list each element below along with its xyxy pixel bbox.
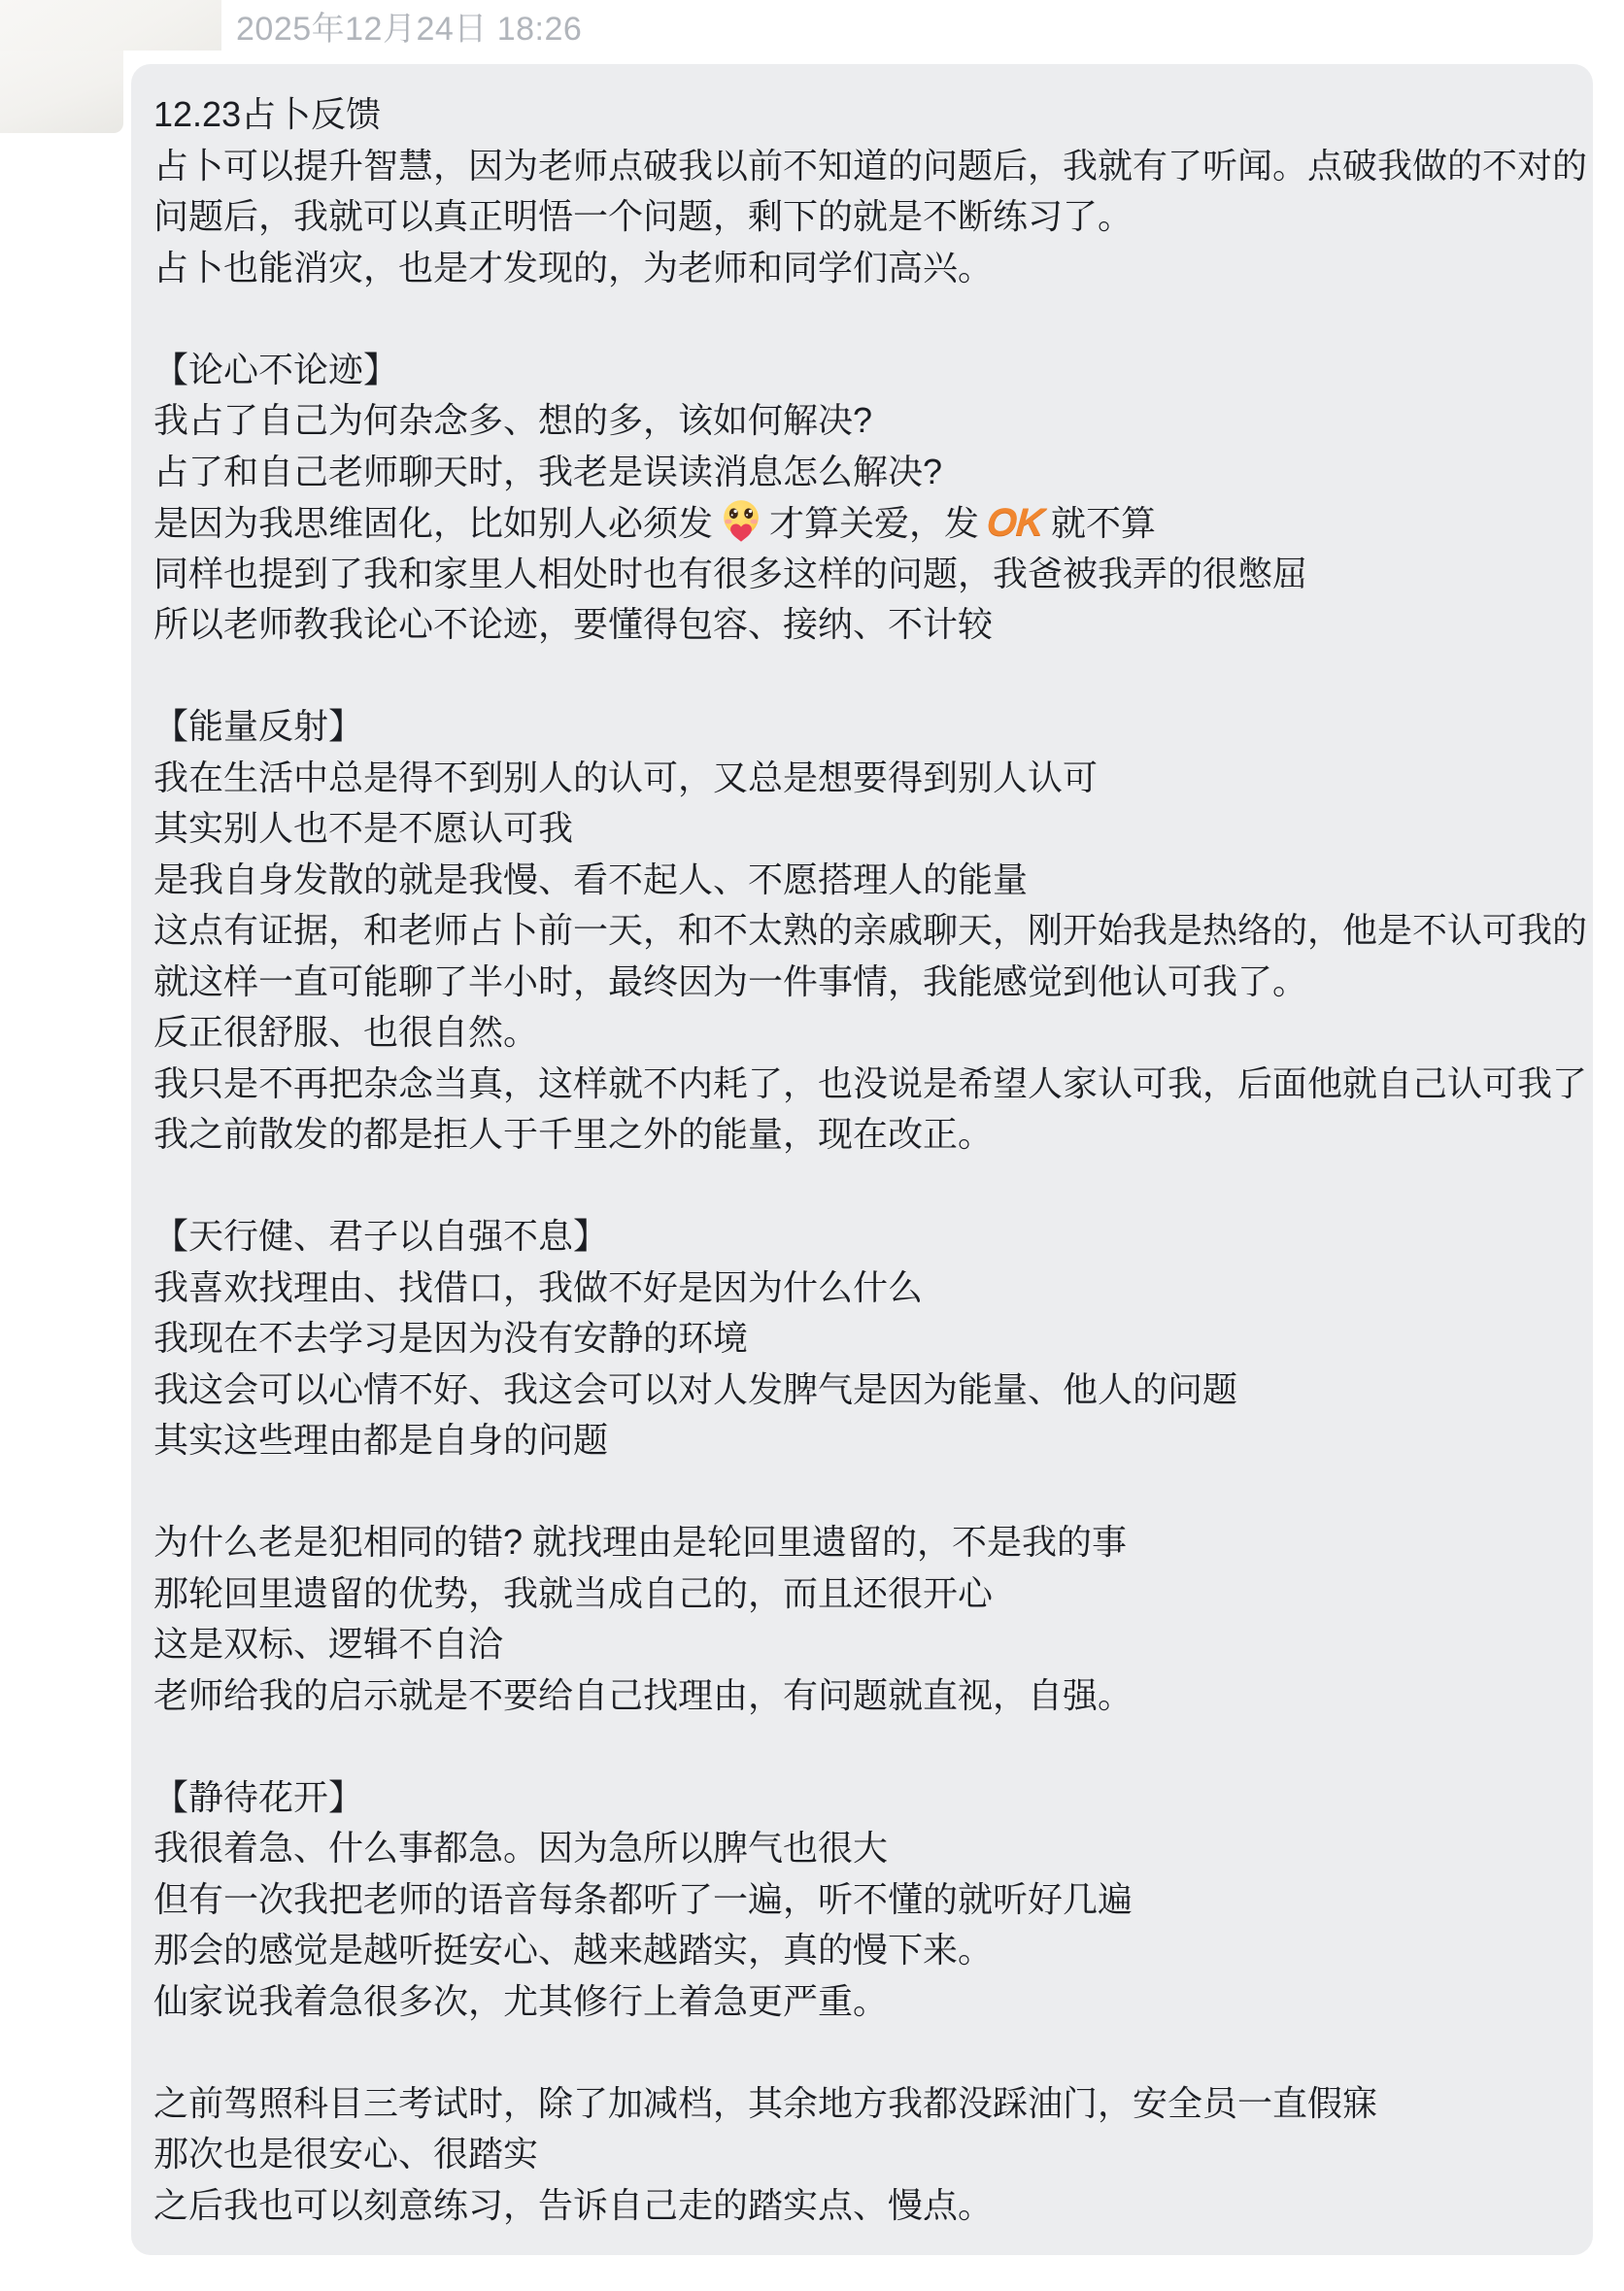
message-line — [153, 1466, 1575, 1518]
message-line: 那次也是很安心、很踏实 — [153, 2129, 1575, 2180]
message-line: 其实别人也不是不愿认可我 — [153, 803, 1575, 855]
ok-emoji: OK — [985, 497, 1045, 549]
message-line: 之后我也可以刻意练习，告诉自己走的踏实点、慢点。 — [153, 2180, 1575, 2232]
message-line: 我占了自己为何杂念多、想的多，该如何解决? — [153, 395, 1575, 447]
message-bubble[interactable]: 12.23占卜反馈占卜可以提升智慧，因为老师点破我以前不知道的问题后，我就有了听… — [131, 64, 1593, 2255]
message-line: 是因为我思维固化，比如别人必须发才算关爱，发OK就不算 — [153, 497, 1575, 549]
face-holding-heart-emoji — [719, 499, 763, 544]
message-line: 那会的感觉是越听挺安心、越来越踏实，真的慢下来。 — [153, 1925, 1575, 1976]
message-line: 我很着急、什么事都急。因为急所以脾气也很大 — [153, 1823, 1575, 1874]
message-line: 我现在不去学习是因为没有安静的环境 — [153, 1313, 1575, 1364]
message-line: 我在生活中总是得不到别人的认可，又总是想要得到别人认可 — [153, 753, 1575, 804]
message-line: 老师给我的启示就是不要给自己找理由，有问题就直视，自强。 — [153, 1670, 1575, 1722]
message-line — [153, 293, 1575, 345]
message-line: 12.23占卜反馈 — [153, 89, 1575, 141]
message-line: 但有一次我把老师的语音每条都听了一遍，听不懂的就听好几遍 — [153, 1874, 1575, 1926]
message-line — [153, 651, 1575, 702]
message-line — [153, 2027, 1575, 2078]
message-line — [153, 1161, 1575, 1212]
message-text: 12.23占卜反馈占卜可以提升智慧，因为老师点破我以前不知道的问题后，我就有了听… — [153, 89, 1575, 2231]
message-line: 我喜欢找理由、找借口，我做不好是因为什么什么 — [153, 1263, 1575, 1314]
message-line: 我只是不再把杂念当真，这样就不内耗了，也没说是希望人家认可我，后面他就自己认可我… — [153, 1059, 1575, 1110]
message-line: 仙家说我着急很多次，尤其修行上着急更严重。 — [153, 1976, 1575, 2028]
message-line: 【静待花开】 — [153, 1772, 1575, 1824]
message-line: 占卜可以提升智慧，因为老师点破我以前不知道的问题后，我就有了听闻。点破我做的不对… — [153, 141, 1575, 192]
message-line: 占卜也能消灾，也是才发现的，为老师和同学们高兴。 — [153, 243, 1575, 294]
message-line — [153, 1721, 1575, 1772]
message-line: 问题后，我就可以真正明悟一个问题，剩下的就是不断练习了。 — [153, 191, 1575, 243]
previous-message-fragment-top — [0, 0, 221, 51]
message-line: 为什么老是犯相同的错? 就找理由是轮回里遗留的，不是我的事 — [153, 1517, 1575, 1568]
chat-timestamp: 2025年12月24日 18:26 — [236, 10, 582, 49]
message-line: 所以老师教我论心不论迹，要懂得包容、接纳、不计较 — [153, 599, 1575, 651]
message-line: 【能量反射】 — [153, 701, 1575, 753]
message-line: 占了和自己老师聊天时，我老是误读消息怎么解决? — [153, 447, 1575, 498]
message-line: 我之前散发的都是拒人于千里之外的能量，现在改正。 — [153, 1109, 1575, 1161]
message-line: 之前驾照科目三考试时，除了加减档，其余地方我都没踩油门，安全员一直假寐 — [153, 2078, 1575, 2130]
message-line: 这是双标、逻辑不自洽 — [153, 1619, 1575, 1670]
message-line: 其实这些理由都是自身的问题 — [153, 1415, 1575, 1466]
message-line: 就这样一直可能聊了半小时，最终因为一件事情，我能感觉到他认可我了。 — [153, 957, 1575, 1008]
message-line: 这点有证据，和老师占卜前一天，和不太熟的亲戚聊天，刚开始我是热络的，他是不认可我… — [153, 905, 1575, 957]
message-line: 那轮回里遗留的优势，我就当成自己的，而且还很开心 — [153, 1568, 1575, 1620]
message-line: 【论心不论迹】 — [153, 345, 1575, 396]
previous-message-fragment-bottom — [0, 51, 123, 133]
message-line: 同样也提到了我和家里人相处时也有很多这样的问题，我爸被我弄的很憋屈 — [153, 549, 1575, 600]
message-line: 反正很舒服、也很自然。 — [153, 1007, 1575, 1059]
message-line: 【天行健、君子以自强不息】 — [153, 1211, 1575, 1263]
message-line: 是我自身发散的就是我慢、看不起人、不愿搭理人的能量 — [153, 855, 1575, 906]
message-line: 我这会可以心情不好、我这会可以对人发脾气是因为能量、他人的问题 — [153, 1364, 1575, 1416]
